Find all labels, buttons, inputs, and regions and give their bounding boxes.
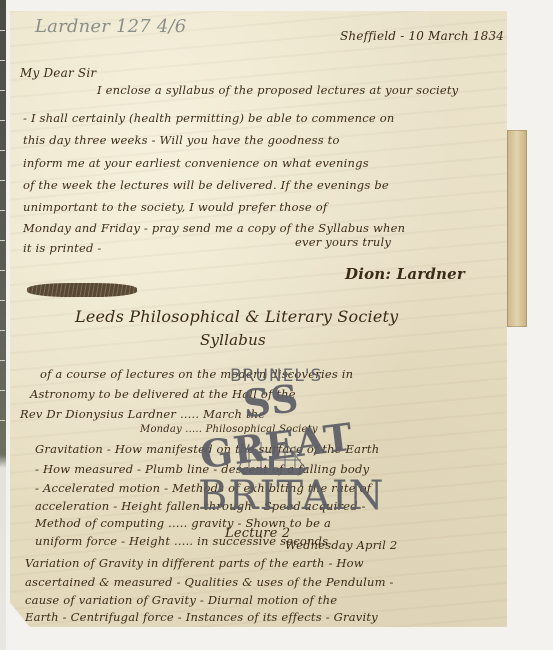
letter-line: inform me at your earliest convenience o… <box>23 156 369 170</box>
lecture2-line: cause of variation of Gravity - Diurnal … <box>25 593 337 607</box>
lecture2-date: Wednesday April 2 <box>285 538 397 552</box>
salutation: My Dear Sir <box>20 66 96 80</box>
lecture2-line: at the Pole & at the Equator - True figu… <box>25 627 375 641</box>
pencil-annotation: Lardner 127 4/6 <box>35 16 186 37</box>
society-title: Leeds Philosophical & Literary Society <box>75 307 398 326</box>
letter-line: of the week the lectures will be deliver… <box>23 178 389 192</box>
letter-line: Monday and Friday - pray send me a copy … <box>23 221 405 235</box>
letter-line: I enclose a syllabus of the proposed lec… <box>97 83 458 97</box>
lecture2-line: Variation of Gravity in different parts … <box>25 556 364 570</box>
letter-line: - I shall certainly (health permitting) … <box>23 111 394 125</box>
letter-closing: ever yours truly <box>295 235 391 249</box>
syllabus-heading: Syllabus <box>200 331 266 349</box>
scanner-ruler-strip <box>0 0 6 650</box>
ss-great-britain-watermark: BRUNEL'S SS GREAT BRITAIN <box>150 360 380 540</box>
lecture2-line: ascertained & measured - Qualities & use… <box>25 575 394 589</box>
watermark-britain: BRITAIN <box>198 473 385 519</box>
lecture2-line: Earth - Centrifugal force - Instances of… <box>25 610 378 624</box>
letter-date: Sheffield - 10 March 1834 <box>340 29 504 43</box>
letter-line: unimportant to the society, I would pref… <box>23 200 327 214</box>
attached-paper-tab <box>507 130 527 327</box>
ink-scribble <box>27 283 137 297</box>
letter-line: it is printed - <box>23 241 101 255</box>
signature: Dion: Lardner <box>345 265 465 283</box>
letter-line: this day three weeks - Will you have the… <box>23 133 340 147</box>
